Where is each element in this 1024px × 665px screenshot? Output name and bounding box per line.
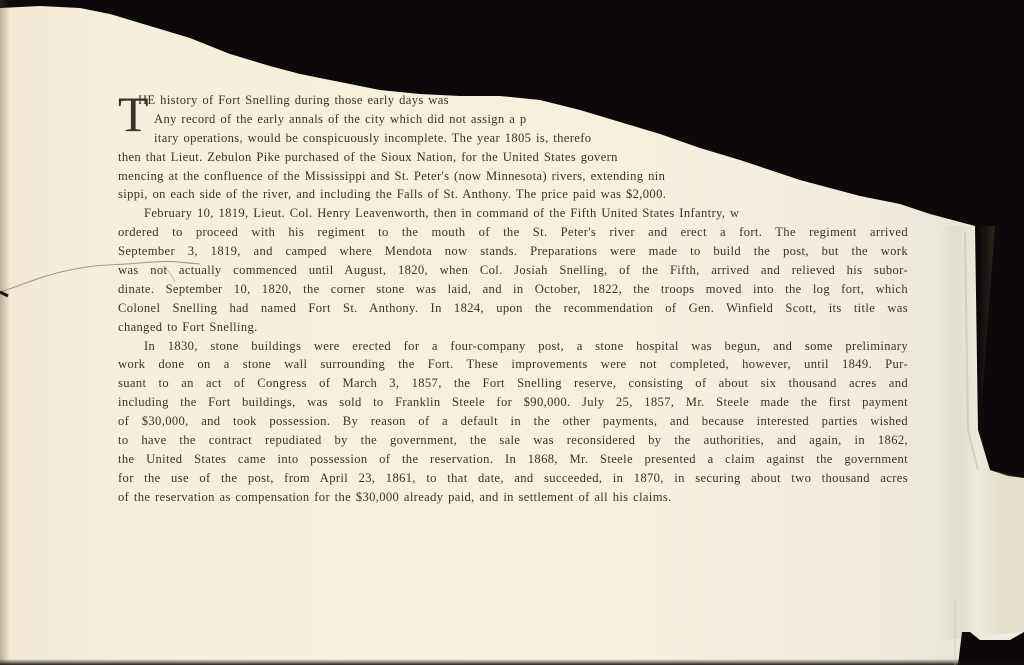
text-line: mencing at the confluence of the Mississ… <box>118 167 908 186</box>
text-line: HE history of Fort Snelling during those… <box>118 91 908 110</box>
paragraph-3: In 1830, stone buildings were erected fo… <box>118 337 908 507</box>
text-line: itary operations, would be conspicuously… <box>118 129 908 148</box>
text-line: of $30,000, and took possession. By reas… <box>118 412 908 431</box>
text-line: September 3, 1819, and camped where Mend… <box>118 242 908 261</box>
text-line: was not actually commenced until August,… <box>118 261 908 280</box>
paragraph-1: HE history of Fort Snelling during those… <box>118 91 908 204</box>
text-line: suant to an act of Congress of March 3, … <box>118 374 908 393</box>
text-line: the United States came into possession o… <box>118 450 908 469</box>
text-line: dinate. September 10, 1820, the corner s… <box>118 280 908 299</box>
text-line: to have the contract repudiated by the g… <box>118 431 908 450</box>
text-line: Colonel Snelling had named Fort St. Anth… <box>118 299 908 318</box>
text-line: ordered to proceed with his regiment to … <box>118 223 908 242</box>
scanned-page-view: T HE history of Fort Snelling during tho… <box>0 0 1024 665</box>
text-line: sippi, on each side of the river, and in… <box>118 185 908 204</box>
text-line: including the Fort buildings, was sold t… <box>118 393 908 412</box>
text-line: Any record of the early annals of the ci… <box>118 110 908 129</box>
paragraph-2: February 10, 1819, Lieut. Col. Henry Lea… <box>118 204 908 336</box>
document-body: HE history of Fort Snelling during those… <box>118 91 908 507</box>
text-line: of the reservation as compensation for t… <box>118 488 908 507</box>
text-line: In 1830, stone buildings were erected fo… <box>118 337 908 356</box>
text-line: February 10, 1819, Lieut. Col. Henry Lea… <box>118 204 908 223</box>
text-line: changed to Fort Snelling. <box>118 318 908 337</box>
text-line: for the use of the post, from April 23, … <box>118 469 908 488</box>
text-line: work done on a stone wall surrounding th… <box>118 355 908 374</box>
text-line: then that Lieut. Zebulon Pike purchased … <box>118 148 908 167</box>
